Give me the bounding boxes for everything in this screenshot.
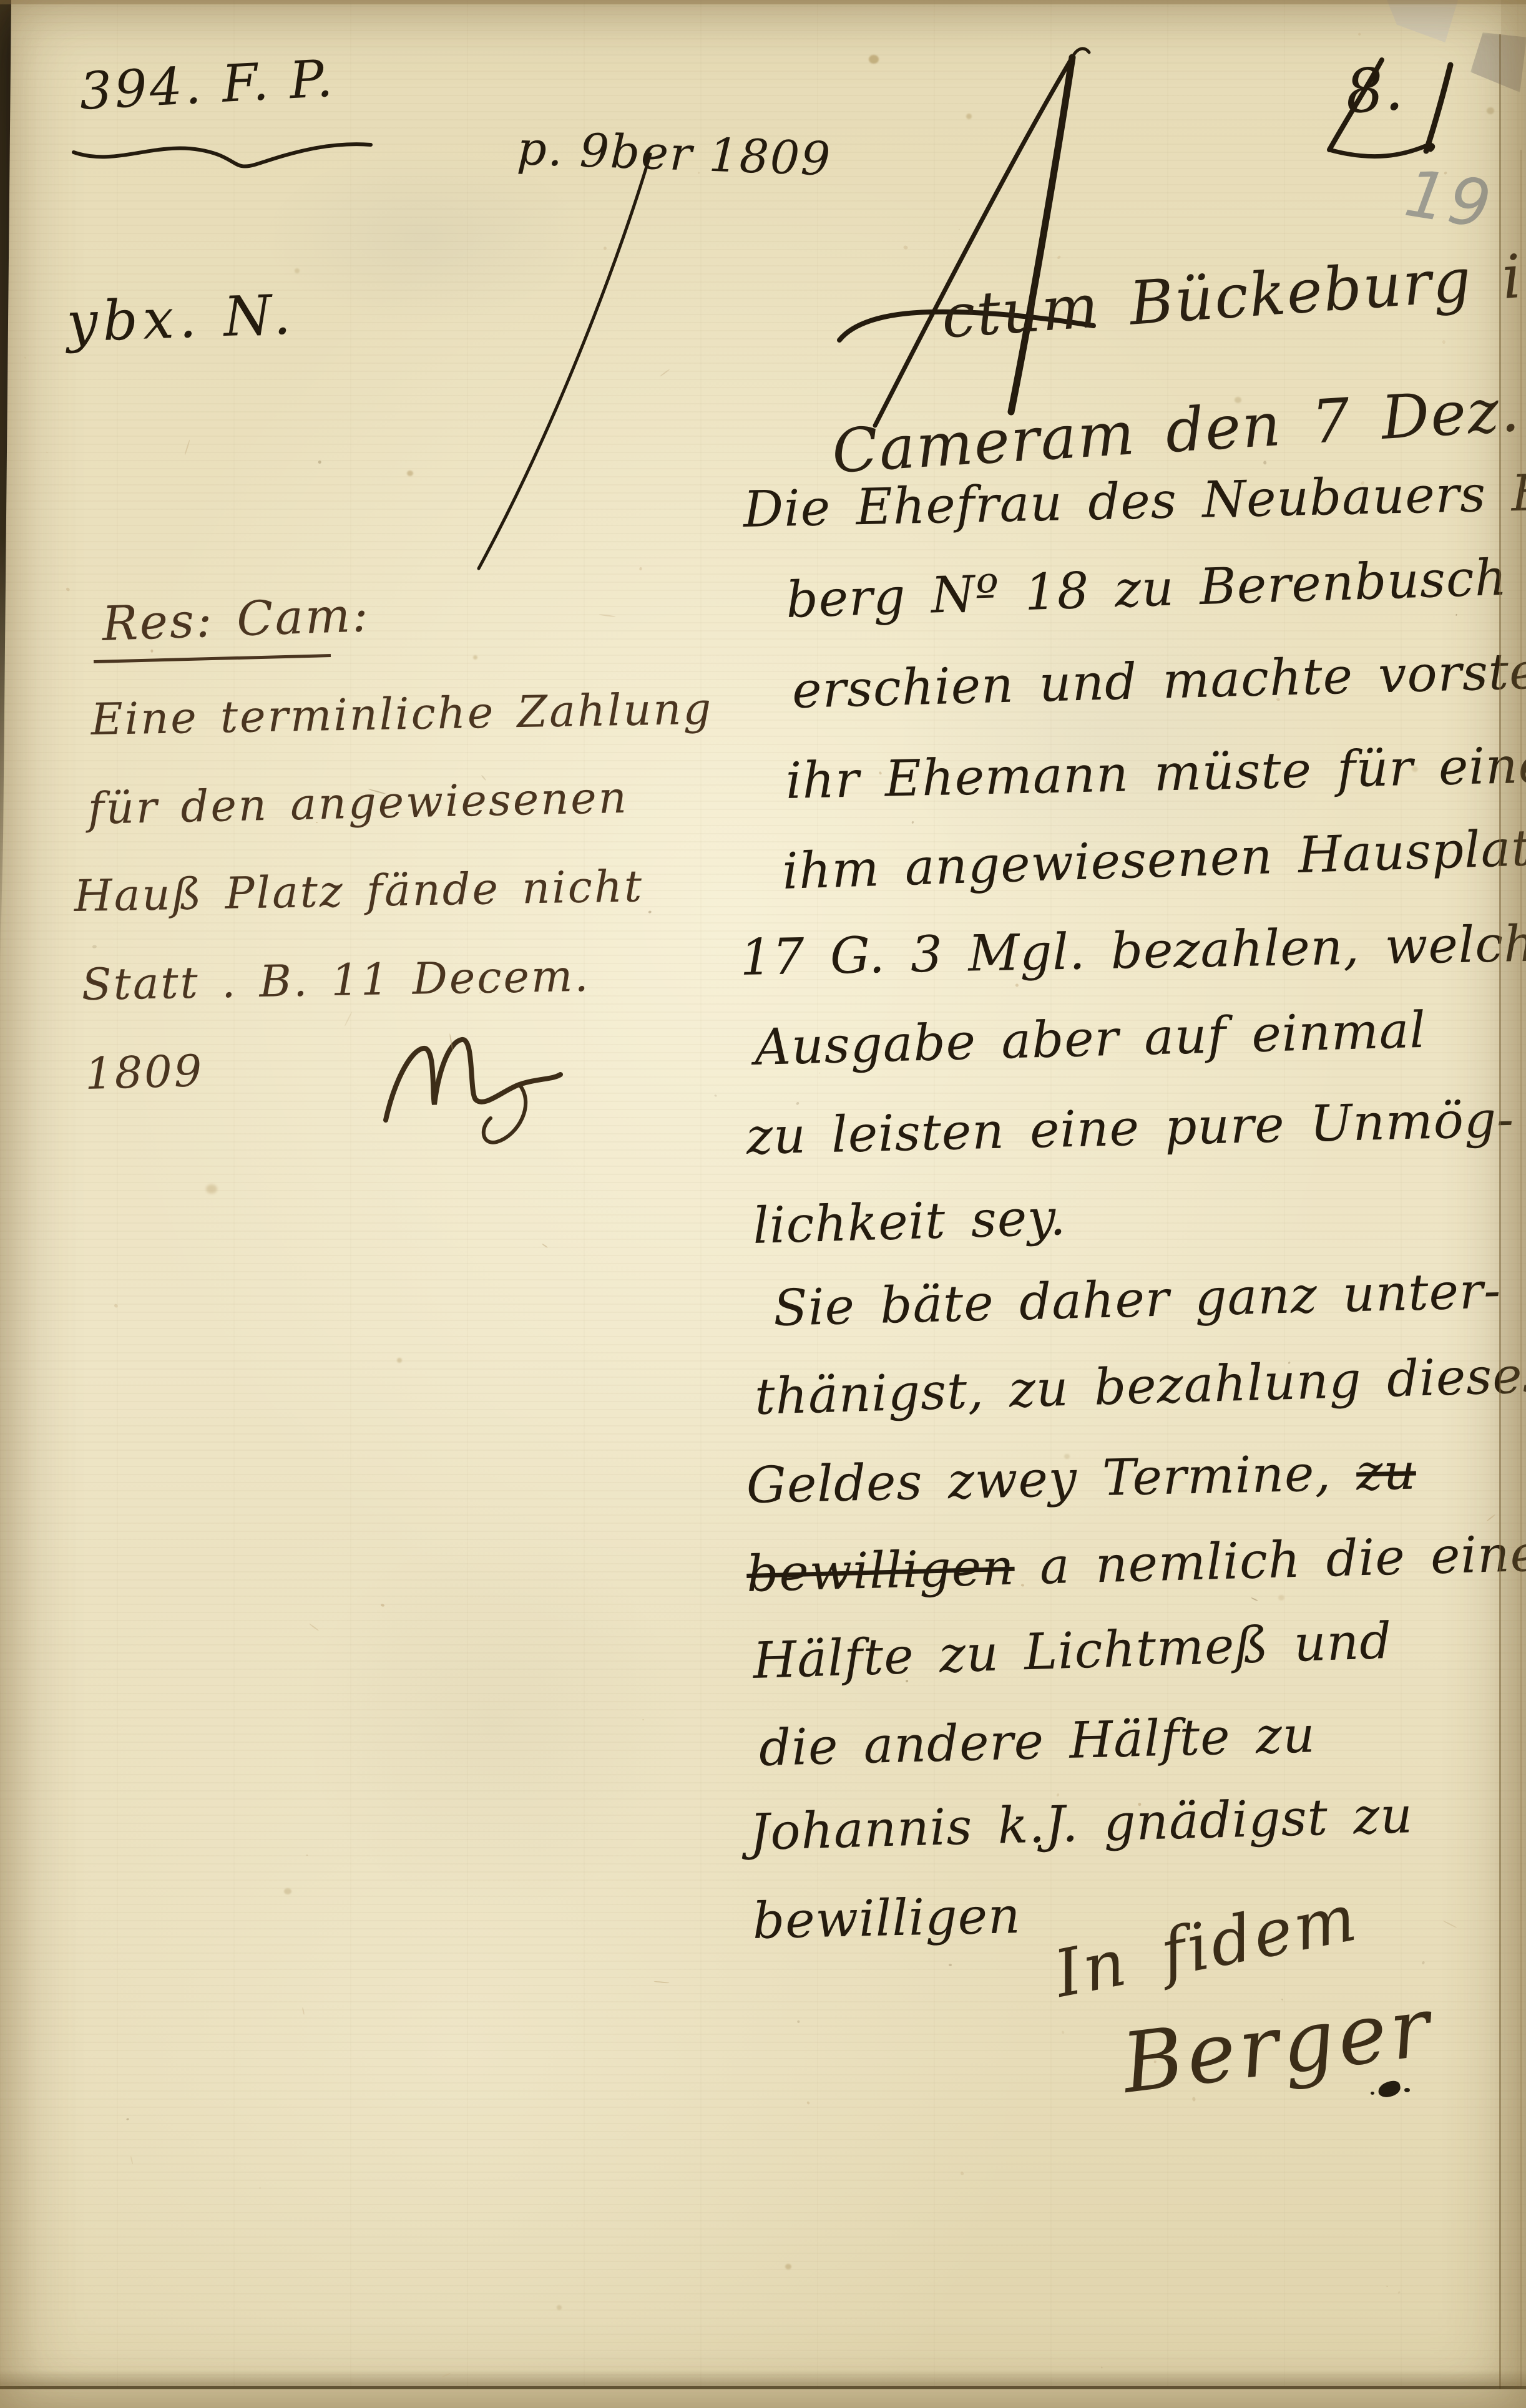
scan-vignette (0, 0, 1526, 2408)
manuscript-scan-page: { "corner_annotations": { "file_number":… (0, 0, 1526, 2408)
